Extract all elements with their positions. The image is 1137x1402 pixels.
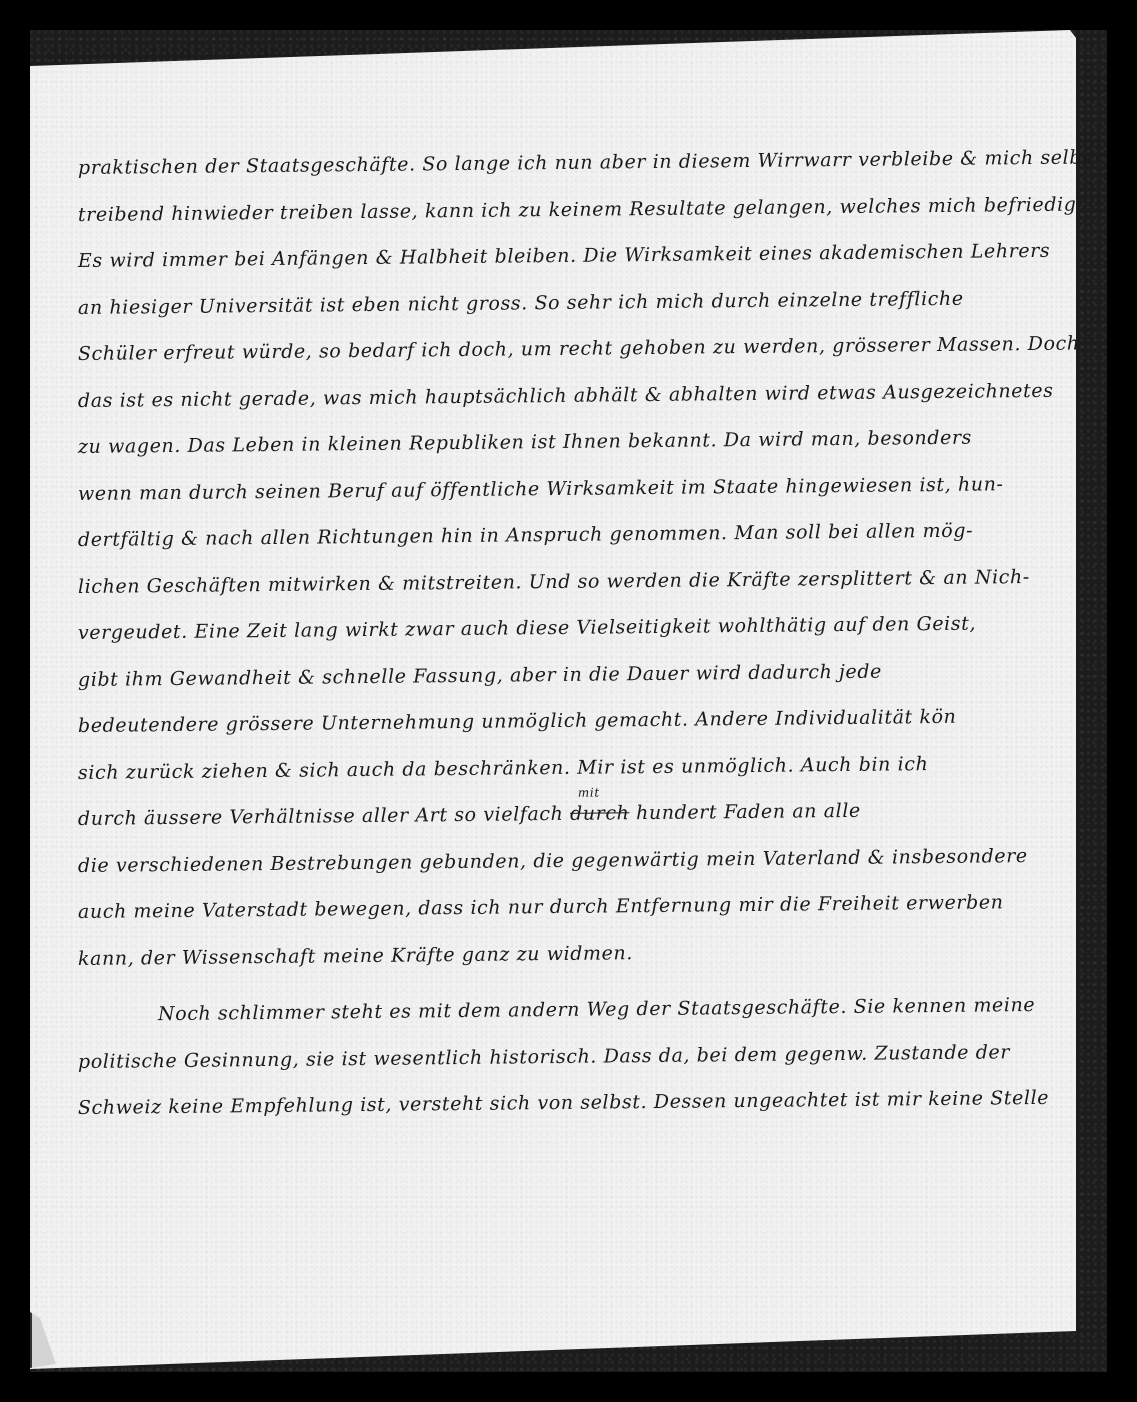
correction: mitdurch [570, 802, 630, 825]
text-segment: durch äussere Verhältnisse aller Art so … [78, 803, 570, 830]
text-segment: hundert Faden an alle [629, 800, 861, 824]
text-line: Schweiz keine Empfehlung ist, versteht s… [78, 1075, 1078, 1132]
text-line: kann, der Wissenschaft meine Kräfte ganz… [78, 925, 1078, 982]
manuscript-text: praktischen der Staatsgeschäfte. So lang… [78, 145, 1078, 1132]
struck-word: durch [570, 802, 630, 825]
inserted-word: mit [578, 787, 600, 799]
